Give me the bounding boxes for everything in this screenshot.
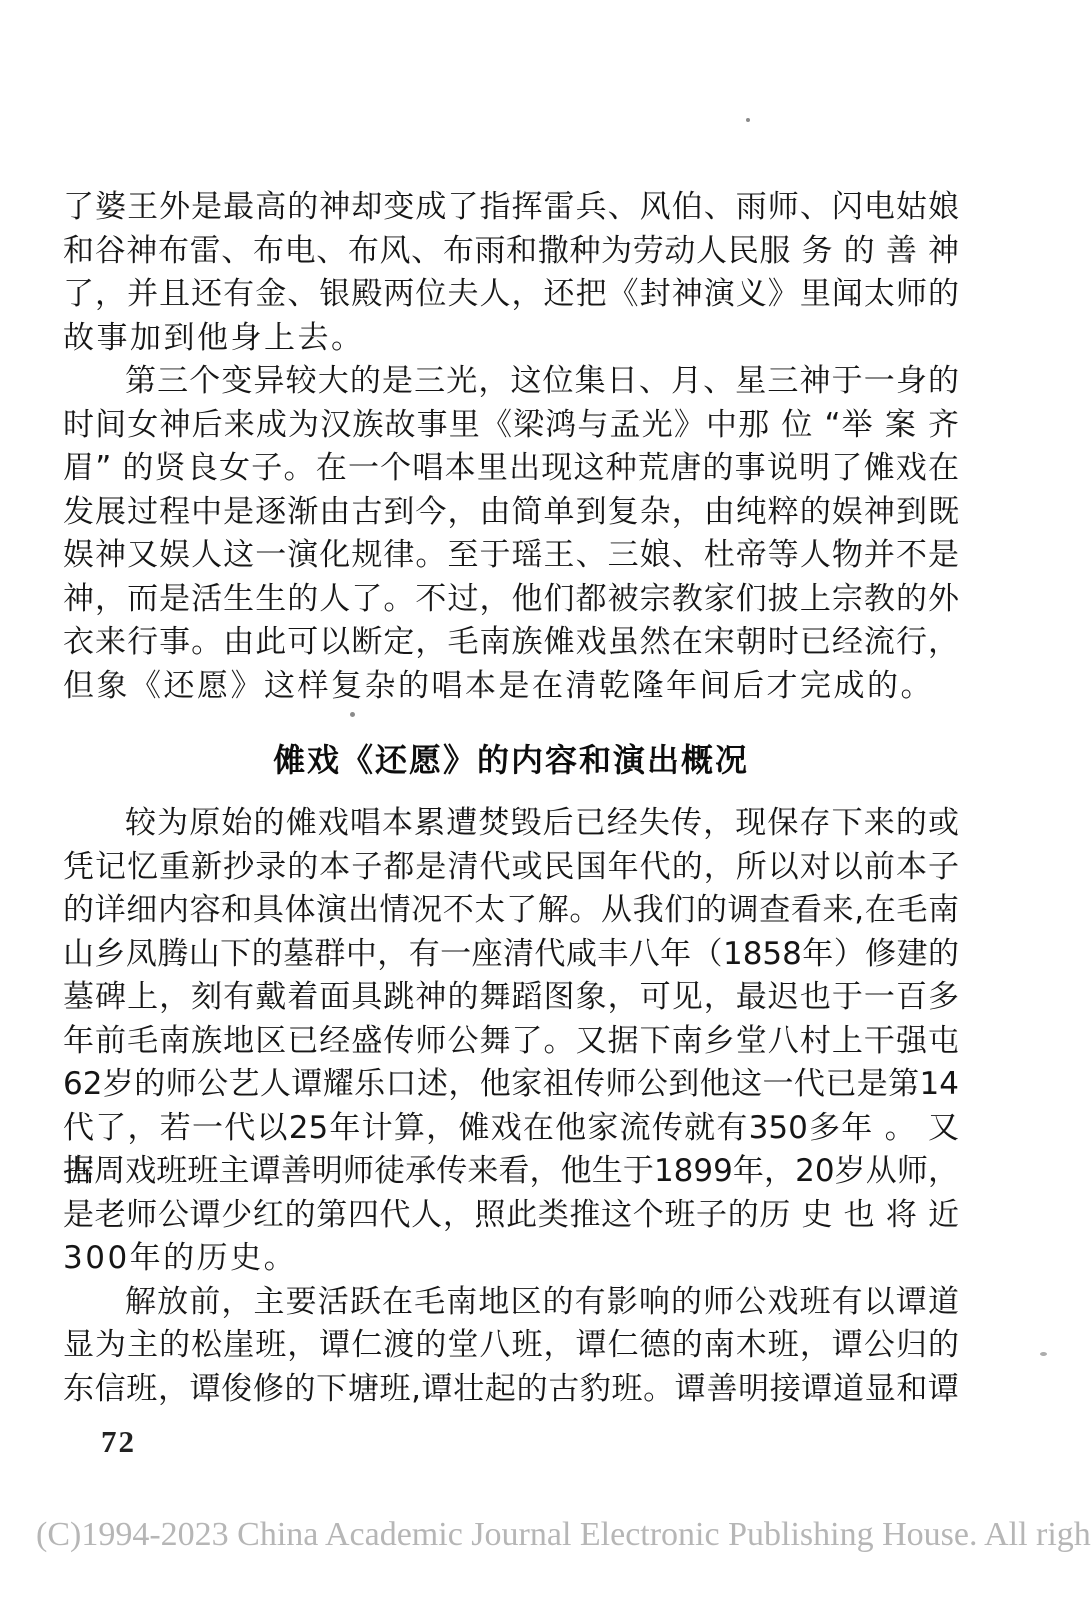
text-line: 和谷神布雷、布电、布风、布雨和撒种为劳动人民服 务 的 善 神 xyxy=(63,230,959,274)
text-line: 但象《还愿》这样复杂的唱本是在清乾隆年间后才完成的。 xyxy=(63,665,959,709)
copyright-watermark: (C)1994-2023 China Academic Journal Elec… xyxy=(36,1516,1091,1554)
scan-speck xyxy=(1040,1352,1047,1356)
text-line: 了婆王外是最高的神却变成了指挥雷兵、风伯、雨师、闪电姑娘 xyxy=(63,186,959,230)
text-line: 解放前，主要活跃在毛南地区的有影响的师公戏班有以谭道 xyxy=(63,1281,959,1325)
text-line: 凭记忆重新抄录的本子都是清代或民国年代的，所以对以前本子 xyxy=(63,846,959,890)
text-line: 发展过程中是逐渐由古到今，由简单到复杂，由纯粹的娱神到既 xyxy=(63,491,959,535)
text-line: 代了，若一代以25年计算，傩戏在他家流传就有350多年 。 又 据 xyxy=(63,1107,959,1151)
text-line: 的详细内容和具体演出情况不太了解。从我们的调查看来,在毛南 xyxy=(63,889,959,933)
text-line: 山乡凤腾山下的墓群中，有一座清代咸丰八年（1858年）修建的 xyxy=(63,933,959,977)
scan-speck xyxy=(905,256,910,260)
text-line: 时间女神后来成为汉族故事里《梁鸿与孟光》中那 位 “举 案 齐 xyxy=(63,404,959,448)
scan-speck xyxy=(746,118,750,122)
text-line: 神，而是活生生的人了。不过，他们都被宗教家们披上宗教的外 xyxy=(63,578,959,622)
text-line: 墓碑上，刻有戴着面具跳神的舞蹈图象，可见，最迟也于一百多 xyxy=(63,976,959,1020)
text-line: 62岁的师公艺人谭耀乐口述，他家祖传师公到他这一代已是第14 xyxy=(63,1063,959,1107)
text-line: 眉” 的贤良女子。在一个唱本里出现这种荒唐的事说明了傩戏在 xyxy=(63,447,959,491)
text-column: 了婆王外是最高的神却变成了指挥雷兵、风伯、雨师、闪电姑娘和谷神布雷、布电、布风、… xyxy=(63,186,959,1411)
text-line: 显为主的松崖班，谭仁渡的堂八班，谭仁德的南木班，谭公归的 xyxy=(63,1324,959,1368)
text-line: 了，并且还有金、银殿两位夫人，还把《封神演义》里闻太师的 xyxy=(63,273,959,317)
text-line: 娱神又娱人这一演化规律。至于瑶王、三娘、杜帝等人物并不是 xyxy=(63,534,959,578)
section-heading: 傩戏《还愿》的内容和演出概况 xyxy=(63,738,959,782)
text-line: 衣来行事。由此可以断定，毛南族傩戏虽然在宋朝时已经流行， xyxy=(63,621,959,665)
text-line: 是老师公谭少红的第四代人，照此类推这个班子的历 史 也 将 近 xyxy=(63,1194,959,1238)
text-line: 第三个变异较大的是三光，这位集日、月、星三神于一身的 xyxy=(63,360,959,404)
scanned-document-page: 了婆王外是最高的神却变成了指挥雷兵、风伯、雨师、闪电姑娘和谷神布雷、布电、布风、… xyxy=(0,0,1091,1602)
page-number: 72 xyxy=(101,1424,136,1460)
text-line: 较为原始的傩戏唱本累遭焚毁后已经失传，现保存下来的或 xyxy=(63,802,959,846)
scan-speck xyxy=(350,712,355,717)
text-line: 古周戏班班主谭善明师徒承传来看，他生于1899年，20岁从师， xyxy=(63,1150,959,1194)
text-line: 故事加到他身上去。 xyxy=(63,317,959,361)
text-line: 年前毛南族地区已经盛传师公舞了。又据下南乡堂八村上干强屯 xyxy=(63,1020,959,1064)
text-line: 东信班，谭俊修的下塘班,谭壮起的古豹班。谭善明接谭道显和谭 xyxy=(63,1368,959,1412)
text-line: 300年的历史。 xyxy=(63,1237,959,1281)
